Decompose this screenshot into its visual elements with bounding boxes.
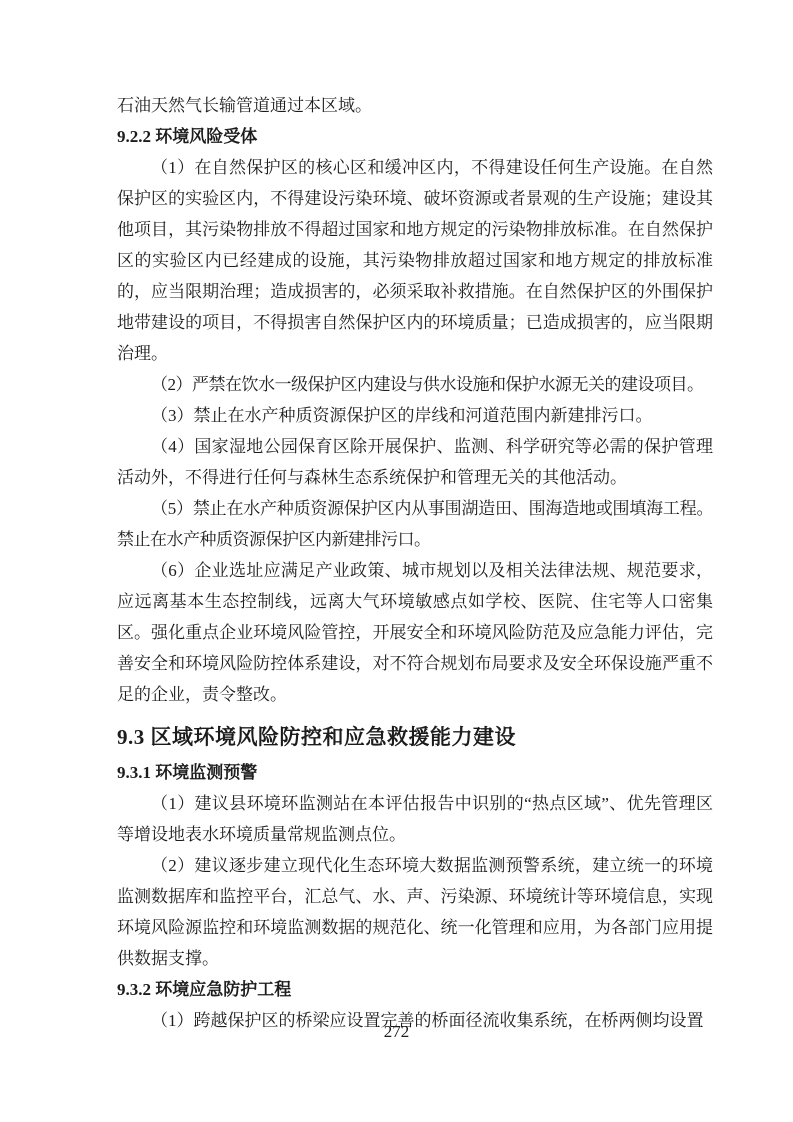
paragraph-item-2: （2）严禁在饮水一级保护区内建设与供水设施和保护水源无关的建设项目。 [117, 369, 713, 400]
paragraph-item-3: （3）禁止在水产种质资源保护区的岸线和河道范围内新建排污口。 [117, 400, 713, 431]
section-heading-9-2-2: 9.2.2 环境风险受体 [117, 121, 713, 152]
document-page: 石油天然气长输管道通过本区域。 9.2.2 环境风险受体 （1）在自然保护区的核… [0, 0, 793, 1122]
document-content: 石油天然气长输管道通过本区域。 9.2.2 环境风险受体 （1）在自然保护区的核… [117, 90, 713, 1036]
paragraph-monitoring-2: （2）建议逐步建立现代化生态环境大数据监测预警系统，建立统一的环境监测数据库和监… [117, 850, 713, 974]
section-heading-9-3-1: 9.3.1 环境监测预警 [117, 757, 713, 788]
section-heading-9-3: 9.3 区域环境风险防控和应急救援能力建设 [117, 719, 713, 755]
paragraph-monitoring-1: （1）建议县环境环监测站在本评估报告中识别的“热点区域”、优先管理区等增设地表水… [117, 788, 713, 850]
paragraph-item-4: （4）国家湿地公园保育区除开展保护、监测、科学研究等必需的保护管理活动外，不得进… [117, 431, 713, 493]
paragraph-item-6: （6）企业选址应满足产业政策、城市规划以及相关法律法规、规范要求，应远离基本生态… [117, 555, 713, 710]
page-number: 272 [0, 1021, 793, 1043]
paragraph-item-5: （5）禁止在水产种质资源保护区内从事围湖造田、围海造地或围填海工程。禁止在水产种… [117, 493, 713, 555]
paragraph-continuation: 石油天然气长输管道通过本区域。 [117, 90, 713, 121]
paragraph-item-1: （1）在自然保护区的核心区和缓冲区内，不得建设任何生产设施。在自然保护区的实验区… [117, 152, 713, 369]
section-heading-9-3-2: 9.3.2 环境应急防护工程 [117, 974, 713, 1005]
